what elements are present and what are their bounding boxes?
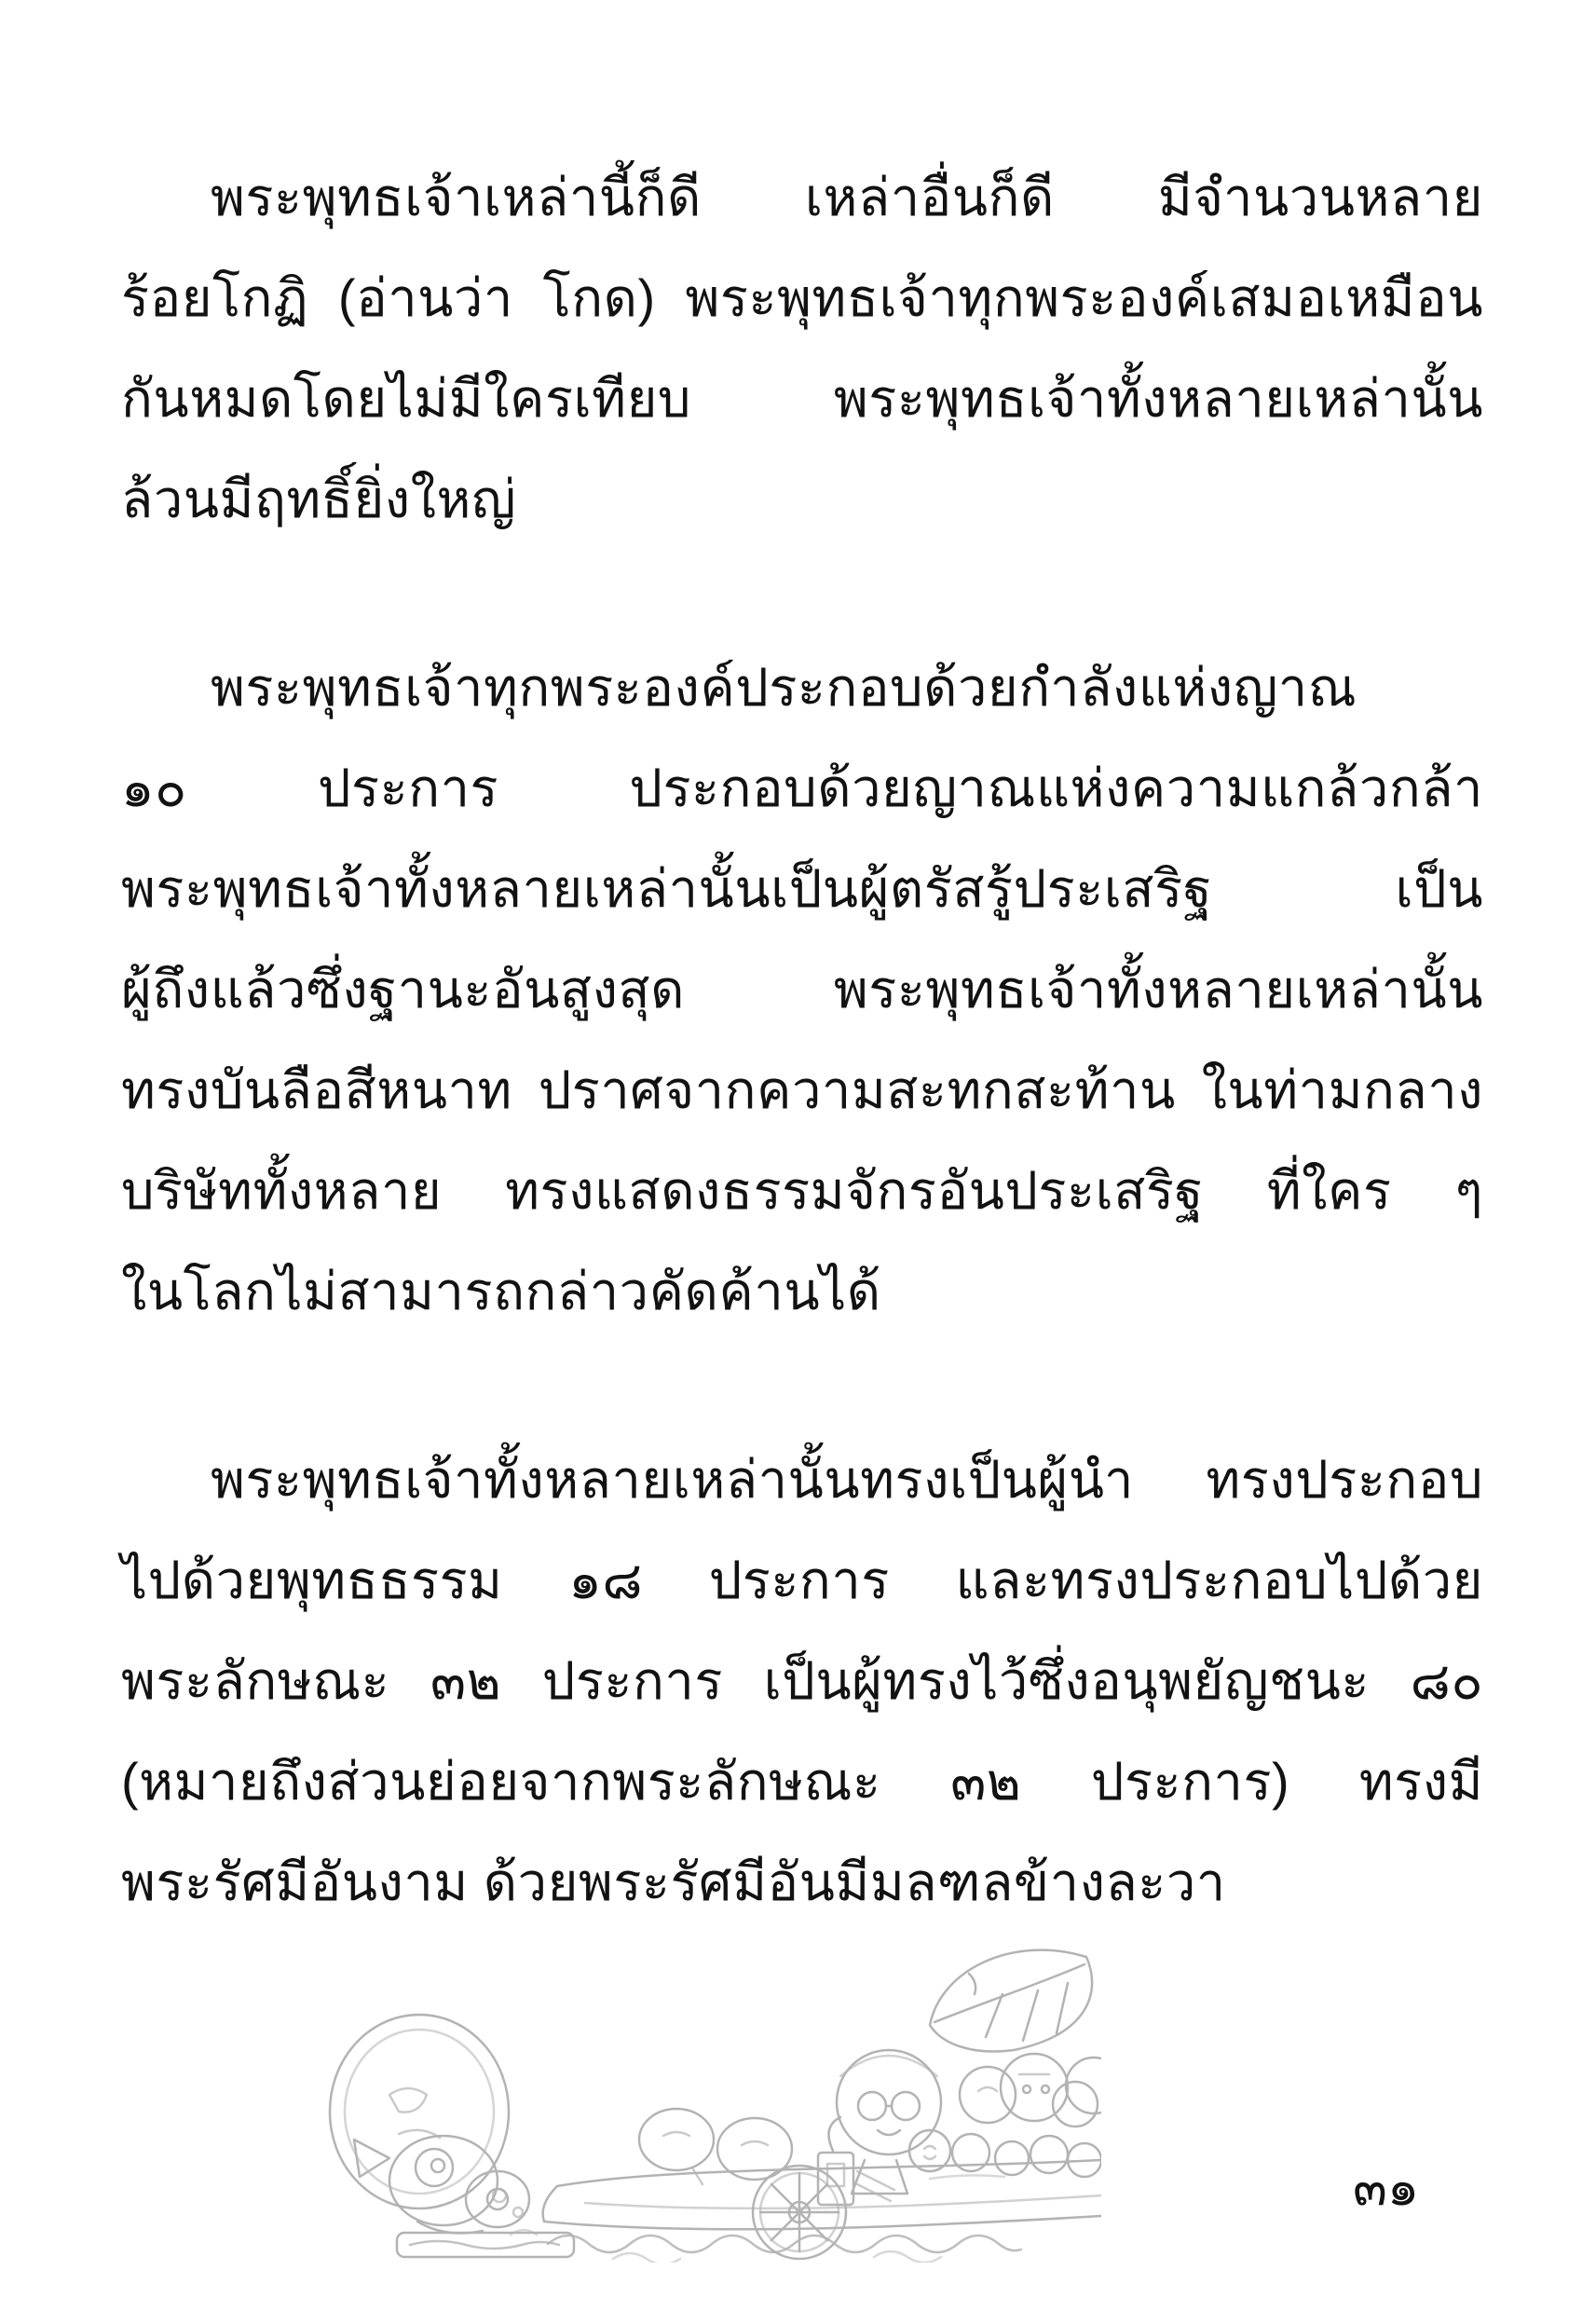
text-line: (หมายถึงส่วนย่อยจากพระลักษณะ ๓๒ ประการ) … (121, 1731, 1483, 1832)
text-line: ล้วนมีฤทธิ์ยิ่งใหญ่ (121, 449, 1483, 550)
book-page: { "page": { "number": "๓๑" }, "content":… (0, 0, 1596, 2311)
text-line: พระพุทธเจ้าเหล่านี้ก็ดี เหล่าอื่นก็ดี มี… (121, 147, 1483, 248)
text-line: ๑๐ ประการ ประกอบด้วยญาณแห่งความแกล้วกล้า (121, 738, 1483, 839)
text-line: ผู้ถึงแล้วซึ่งฐานะอันสูงสุด พระพุทธเจ้าท… (121, 939, 1483, 1040)
children-heads (909, 2054, 1101, 2177)
text-line: พระพุทธเจ้าทั้งหลายเหล่านั้นทรงเป็นผู้นำ… (121, 1429, 1483, 1530)
text-line: บริษัททั้งหลาย ทรงแสดงธรรมจักรอันประเสริ… (121, 1141, 1483, 1241)
page-number: ๓๑ (1353, 2160, 1419, 2216)
text-line: ทรงบันลือสีหนาท ปราศจากความสะทกสะท้าน ใน… (121, 1040, 1483, 1141)
text-line: ร้อยโกฏิ (อ่านว่า โกด) พระพุทธเจ้าทุกพระ… (121, 248, 1483, 349)
text-line: กันหมดโดยไม่มีใครเทียบ พระพุทธเจ้าทั้งหล… (121, 349, 1483, 449)
paragraph-3: พระพุทธเจ้าทั้งหลายเหล่านั้นทรงเป็นผู้นำ… (121, 1429, 1483, 1933)
body-text: พระพุทธเจ้าเหล่านี้ก็ดี เหล่าอื่นก็ดี มี… (121, 147, 1483, 1933)
text-line: พระรัศมีอันงาม ด้วยพระรัศมีอันมีมลฑลข้าง… (121, 1832, 1483, 1933)
text-line: พระพุทธเจ้าทั้งหลายเหล่านั้นเป็นผู้ตรัสร… (121, 839, 1483, 939)
thought-bubble (330, 2015, 523, 2217)
text-line: พระพุทธเจ้าทุกพระองค์ประกอบด้วยกำลังแห่ง… (121, 637, 1483, 738)
text-line: ในโลกไม่สามารถกล่าวคัดค้านได้ (121, 1241, 1483, 1342)
paragraph-2: พระพุทธเจ้าทุกพระองค์ประกอบด้วยกำลังแห่ง… (121, 637, 1483, 1342)
paragraph-1: พระพุทธเจ้าเหล่านี้ก็ดี เหล่าอื่นก็ดี มี… (121, 147, 1483, 550)
cart-wheel (753, 2166, 846, 2259)
waves (511, 2230, 1021, 2263)
text-line: ไปด้วยพุทธธรรม ๑๘ ประการ และทรงประกอบไปด… (121, 1530, 1483, 1631)
leaf-shape (930, 1950, 1092, 2052)
text-line: พระลักษณะ ๓๒ ประการ เป็นผู้ทรงไว้ซึ่งอนุ… (121, 1631, 1483, 1731)
boat-cart-illustration (278, 1936, 1101, 2263)
lantern-post (818, 2117, 853, 2205)
